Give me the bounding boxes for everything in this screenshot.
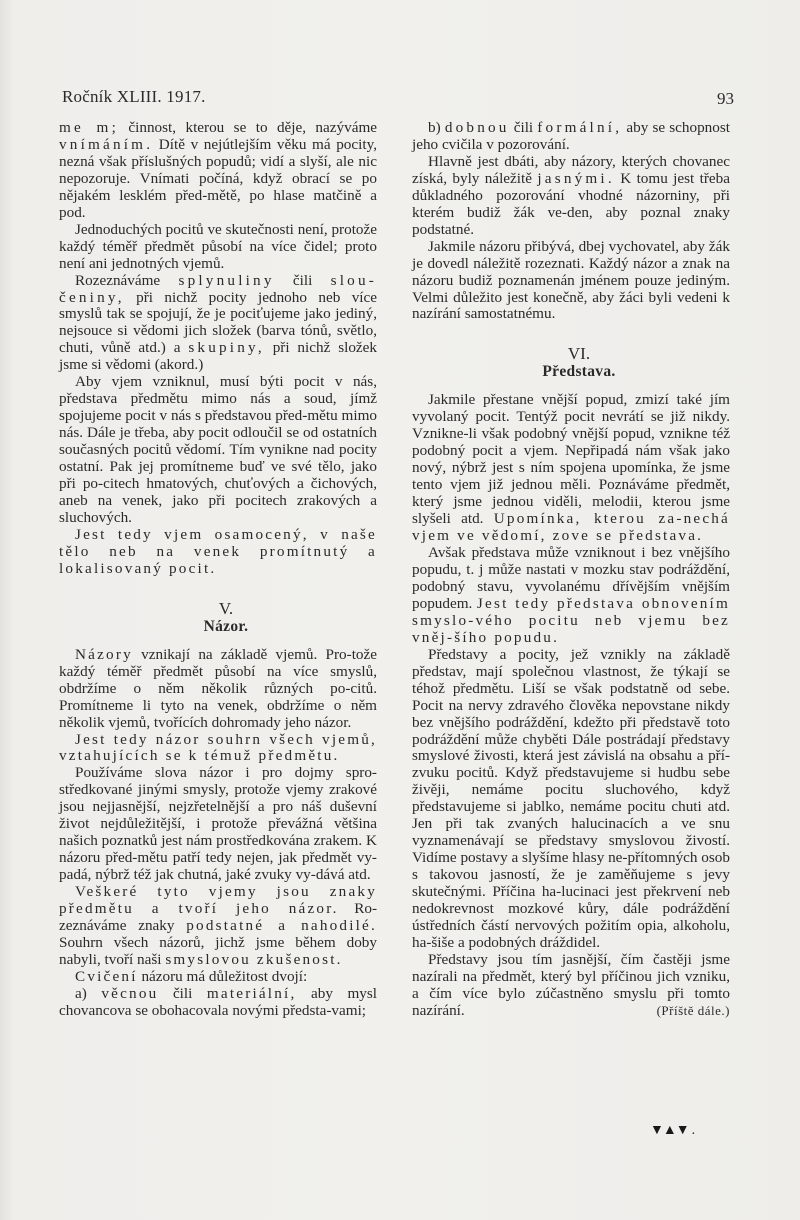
section-title: Představa. bbox=[412, 363, 730, 381]
text: čili bbox=[275, 272, 331, 289]
spaced-text: věcnou bbox=[101, 985, 158, 1002]
right-column: b) dobnou čili formální, aby se schopnos… bbox=[412, 120, 730, 1020]
ornament-dot: . bbox=[692, 1123, 695, 1138]
section-number: V. bbox=[59, 600, 377, 618]
paragraph: Rozeznáváme splynuliny čili slou-čeniny,… bbox=[59, 273, 377, 375]
page-number: 93 bbox=[717, 89, 734, 109]
paragraph: a) věcnou čili materiální, aby mysl chov… bbox=[59, 986, 377, 1020]
running-head: Ročník XLIII. 1917. 93 bbox=[62, 87, 732, 109]
paragraph: me m; činnost, kterou se to děje, nazývá… bbox=[59, 120, 377, 222]
paragraph: Jakmile názoru přibývá, dbej vychovatel,… bbox=[412, 239, 730, 324]
paragraph: Jednoduchých pocitů ve skutečnosti není,… bbox=[59, 222, 377, 273]
text: činnost, kterou se to děje, nazýváme bbox=[119, 119, 377, 136]
spaced-text: e m; bbox=[74, 119, 119, 136]
text: čili bbox=[158, 985, 206, 1002]
text: čili bbox=[510, 119, 538, 136]
paragraph-emphasized: Jest tedy vjem osamocený, v naše tělo ne… bbox=[59, 527, 377, 578]
triangle-ornament-icon: ▼▲▼ bbox=[650, 1123, 689, 1138]
paragraph: Jakmile přestane vnější popud, zmizí tak… bbox=[412, 392, 730, 545]
spaced-text: materiální, bbox=[207, 985, 297, 1002]
text: názoru má důležitost dvojí: bbox=[138, 968, 308, 985]
paragraph: Aby vjem vzniknul, musí býti pocit v nás… bbox=[59, 374, 377, 527]
spaced-text: podstatné a nahodilé. bbox=[186, 917, 377, 934]
spaced-text: splynuliny bbox=[178, 272, 274, 289]
continued-note: (Příště dále.) bbox=[641, 1003, 730, 1020]
spaced-text: Veškeré tyto vjemy jsou znaky předmětu a… bbox=[59, 883, 377, 917]
paragraph: Avšak představa může vzniknout i bez vně… bbox=[412, 545, 730, 647]
paragraph: Cvičení názoru má důležitost dvojí: bbox=[59, 969, 377, 986]
journal-page: Ročník XLIII. 1917. 93 me m; činnost, kt… bbox=[0, 0, 800, 1220]
spaced-text: m bbox=[59, 119, 74, 136]
end-ornament: ▼▲▼. bbox=[650, 1124, 694, 1138]
section-number: VI. bbox=[412, 345, 730, 363]
left-column: me m; činnost, kterou se to děje, nazývá… bbox=[59, 120, 377, 1020]
paragraph: Hlavně jest dbáti, aby názory, kterých c… bbox=[412, 154, 730, 239]
text: b) bbox=[428, 119, 445, 136]
paragraph: b) dobnou čili formální, aby se schopnos… bbox=[412, 120, 730, 154]
spaced-text: dobnou bbox=[445, 119, 510, 136]
text: Jakmile přestane vnější popud, zmizí tak… bbox=[412, 391, 730, 527]
spaced-text: Názory bbox=[75, 646, 133, 663]
paragraph: Používáme slova názor i pro dojmy spro-s… bbox=[59, 765, 377, 884]
text: Rozeznáváme bbox=[75, 272, 178, 289]
paragraph-emphasized: Jest tedy názor souhrn všech vjemů, vzta… bbox=[59, 732, 377, 766]
spaced-text: Cvičení bbox=[75, 968, 138, 985]
spaced-text: jasnými. bbox=[537, 170, 615, 187]
spaced-text: smyslovou zkušenost. bbox=[165, 951, 342, 968]
spaced-text: skupiny, bbox=[188, 339, 265, 356]
paragraph: Představy jsou tím jasnější, čím častěji… bbox=[412, 952, 730, 1020]
paragraph: Veškeré tyto vjemy jsou znaky předmětu a… bbox=[59, 884, 377, 969]
section-title: Názor. bbox=[59, 618, 377, 636]
running-title: Ročník XLIII. 1917. bbox=[62, 87, 206, 107]
paragraph: Názory vznikají na základě vjemů. Pro-to… bbox=[59, 647, 377, 732]
spaced-text: vnímáním. bbox=[59, 136, 153, 153]
text: a) bbox=[75, 985, 101, 1002]
spaced-text: formální, bbox=[537, 119, 622, 136]
paragraph: Představy a pocity, jež vznikly na zákla… bbox=[412, 647, 730, 952]
